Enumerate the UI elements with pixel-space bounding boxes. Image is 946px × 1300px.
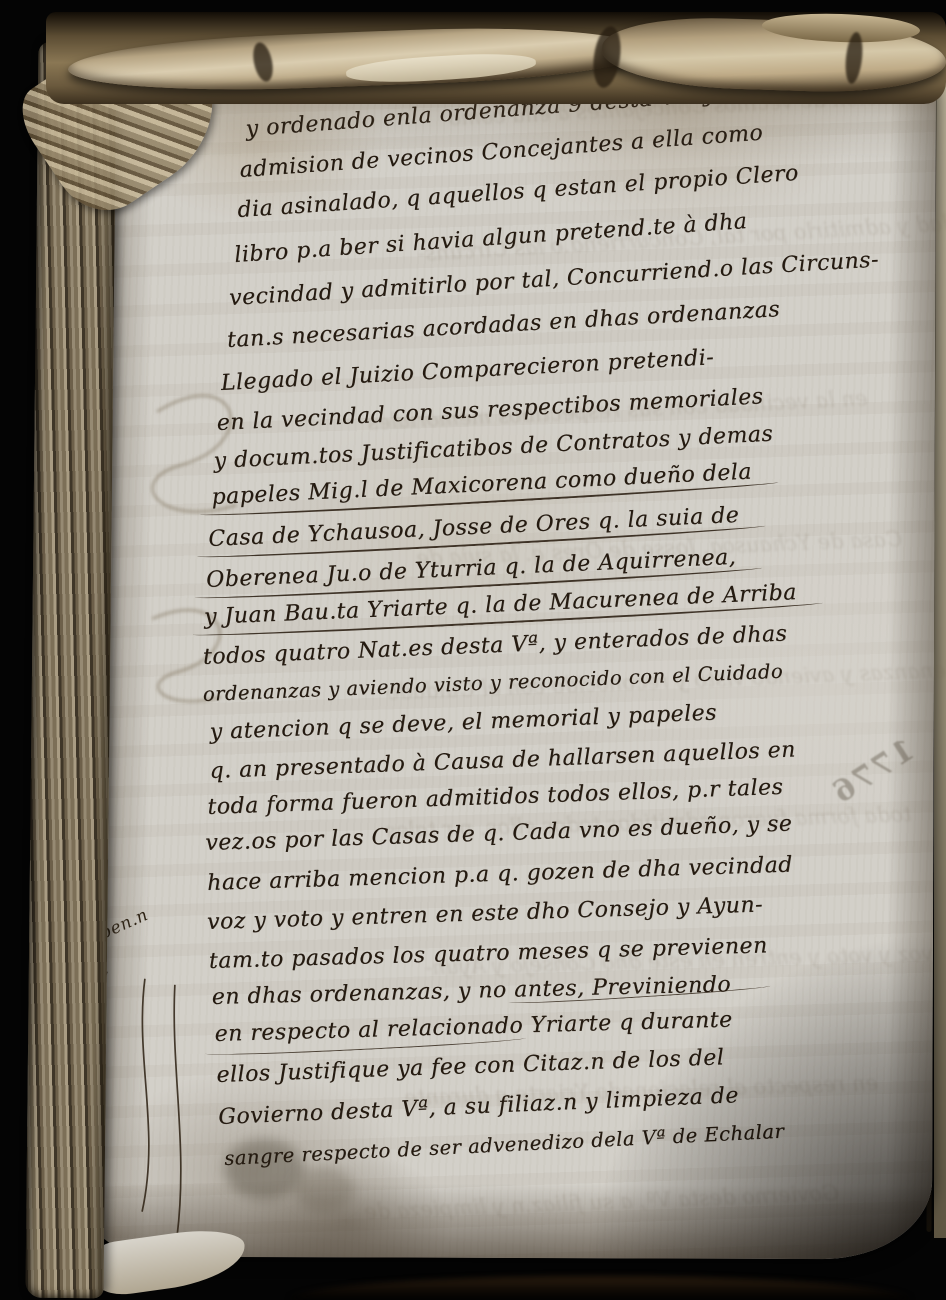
manuscript-line: sangre respecto de ser advenedizo dela V… [224, 1122, 785, 1169]
manuscript-line: y atencion q se deve, el memorial y pape… [209, 702, 717, 743]
ghost-bleedthrough-line: Govierno desta Vª, a su filiaz.n y limpi… [364, 1183, 839, 1223]
manuscript-line: tan.s necesarias acordadas en dhas orden… [227, 299, 781, 352]
flourish-curve [142, 979, 150, 1212]
manuscript-line: voz y voto y entren en este dho Consejo … [207, 894, 764, 933]
top-page-stack-edge [46, 12, 946, 104]
manuscript-line-ruled: en dhas ordenanzas, y no antes, Previnie… [212, 974, 732, 1009]
manuscript-line: hace arriba mencion p.a q. gozen de dha … [207, 855, 793, 895]
manuscript-page: admision de vecinos Concejantes a ella c… [84, 67, 936, 1260]
book-cover-edge [290, 1276, 910, 1300]
manuscript-photo: admision de vecinos Concejantes a ella c… [0, 0, 946, 1300]
dirt-smudge [294, 1167, 354, 1211]
bleedthrough-year-numeral: 1776 [827, 735, 920, 810]
manuscript-line: Llegado el Juizio Comparecieron pretendi… [220, 347, 714, 395]
flourish-curve [173, 985, 181, 1237]
left-page-stack-edge [25, 42, 116, 1299]
manuscript-line-underlined: en respecto al relacionado Yriarte q dur… [214, 1010, 733, 1046]
